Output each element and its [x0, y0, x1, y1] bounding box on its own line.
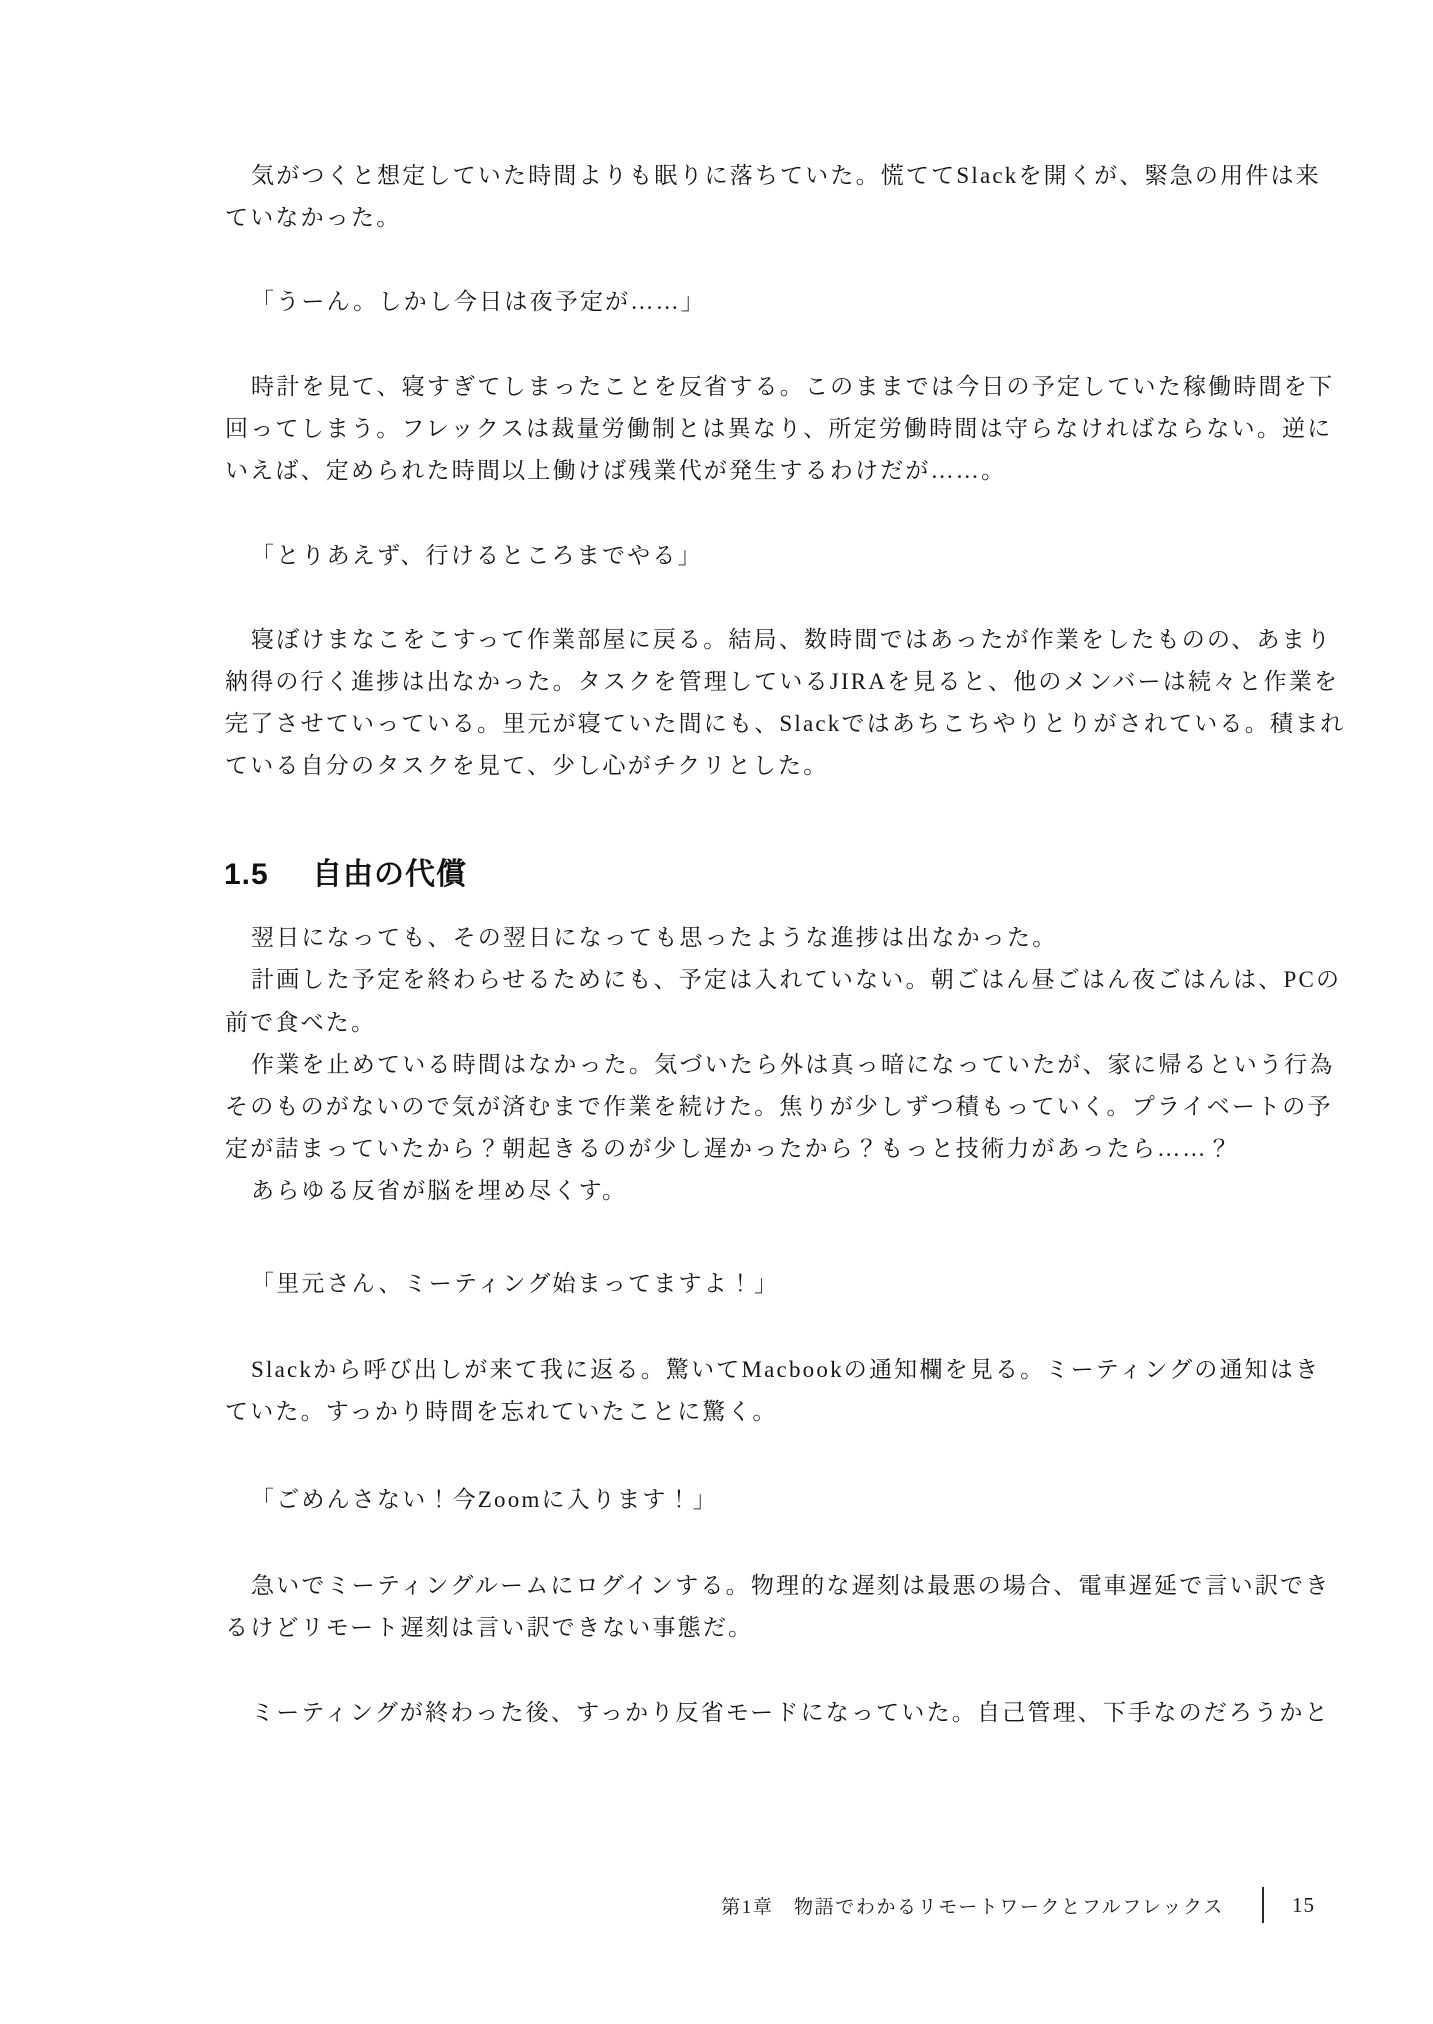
section-title: 自由の代償 [312, 853, 467, 897]
paragraph-line: あらゆる反省が脳を埋め尽くす。 [251, 1170, 627, 1212]
paragraph-line: 急いでミーティングルームにログインする。物理的な遅刻は最悪の場合、電車遅延で言い… [251, 1565, 1330, 1607]
footer-chapter-title: 第1章 物語でわかるリモートワークとフルフレックス [721, 1892, 1224, 1919]
book-page: 気がつくと想定していた時間よりも眠りに落ちていた。慌ててSlackを開くが、緊急… [0, 0, 1433, 2024]
paragraph-line: 気がつくと想定していた時間よりも眠りに落ちていた。慌ててSlackを開くが、緊急… [251, 155, 1321, 197]
paragraph-line: 回ってしまう。フレックスは裁量労働制とは異なり、所定労働時間は守らなければならな… [225, 408, 1332, 450]
paragraph-line: 作業を止めている時間はなかった。気づいたら外は真っ暗になっていたが、家に帰るとい… [251, 1044, 1335, 1086]
dialogue-line: 「里元さん、ミーティング始まってますよ！」 [251, 1263, 779, 1305]
paragraph-line: いえば、定められた時間以上働けば残業代が発生するわけだが……。 [225, 450, 1006, 492]
paragraph-line: ていた。すっかり時間を忘れていたことに驚く。 [225, 1391, 778, 1433]
paragraph-line: 計画した予定を終わらせるためにも、予定は入れていない。朝ごはん昼ごはん夜ごはんは… [251, 959, 1341, 1001]
paragraph-line: Slackから呼び出しが来て我に返る。驚いてMacbookの通知欄を見る。ミーテ… [251, 1349, 1320, 1391]
footer-separator-rule [1262, 1887, 1264, 1923]
paragraph-line: 前で食べた。 [225, 1002, 376, 1044]
paragraph-line: 完了させていっている。里元が寝ていた間にも、Slackではあちこちやりとりがされ… [225, 703, 1346, 745]
dialogue-line: 「うーん。しかし今日は夜予定が……」 [251, 281, 706, 323]
section-heading: 1.5 自由の代償 [224, 853, 467, 897]
paragraph-line: るけどリモート遅刻は言い訳できない事態だ。 [225, 1607, 753, 1649]
dialogue-line: 「とりあえず、行けるところまでやる」 [251, 535, 703, 577]
dialogue-line: 「ごめんさない！今Zoomに入ります！」 [251, 1479, 718, 1521]
page-footer: 第1章 物語でわかるリモートワークとフルフレックス 15 [721, 1884, 1315, 1926]
section-number: 1.5 [224, 853, 269, 897]
paragraph-line: 定が詰まっていたから？朝起きるのが少し遅かったから？もっと技術力があったら……？ [225, 1128, 1233, 1170]
paragraph-line: ていなかった。 [225, 197, 401, 239]
paragraph-line: ミーティングが終わった後、すっかり反省モードになっていた。自己管理、下手なのだろ… [251, 1692, 1330, 1734]
footer-page-number: 15 [1292, 1893, 1315, 1918]
paragraph-line: そのものがないので気が済むまで作業を続けた。焦りが少しずつ積もっていく。プライベ… [225, 1086, 1333, 1128]
paragraph-line: 翌日になっても、その翌日になっても思ったような進捗は出なかった。 [251, 917, 1057, 959]
paragraph-line: ている自分のタスクを見て、少し心がチクリとした。 [225, 745, 828, 787]
paragraph-line: 寝ぼけまなこをこすって作業部屋に戻る。結局、数時間ではあったが作業をしたものの、… [251, 619, 1332, 661]
paragraph-line: 時計を見て、寝すぎてしまったことを反省する。このままでは今日の予定していた稼働時… [251, 366, 1334, 408]
paragraph-line: 納得の行く進捗は出なかった。タスクを管理しているJIRAを見ると、他のメンバーは… [225, 661, 1339, 703]
